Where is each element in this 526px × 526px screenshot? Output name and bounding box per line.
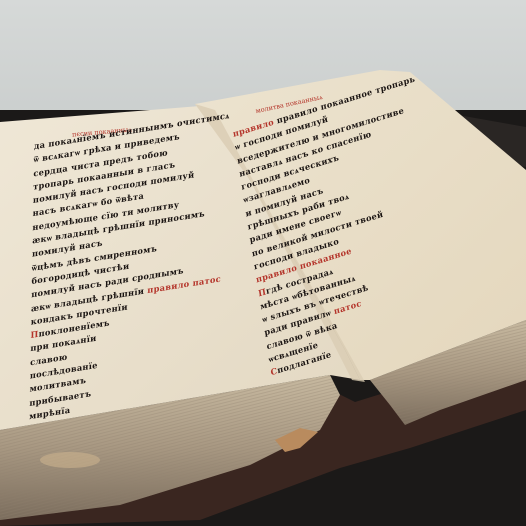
rubric: патос [193,273,222,288]
right-page-text: правило правило покаанное тропарь ѡ госп… [232,72,454,380]
left-page-text: да покаѧнїемъ истинныимъ очистимсѧ ѿ всѧ… [29,109,230,423]
